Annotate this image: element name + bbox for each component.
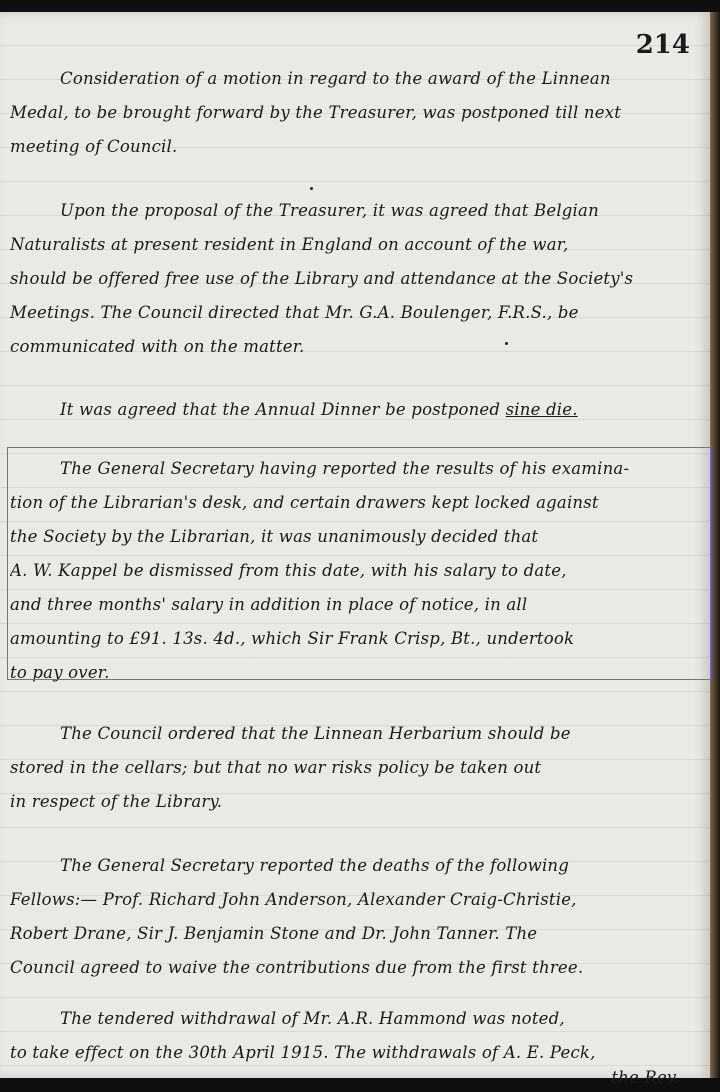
text-line: Medal, to be brought forward by the Trea… <box>10 96 700 130</box>
text-line: to pay over. <box>10 656 700 690</box>
text-line: stored in the cellars; but that no war r… <box>10 751 700 785</box>
ink-speck <box>505 342 508 345</box>
text-line: in respect of the Library. <box>10 785 700 819</box>
paragraph-deaths-of-fellows: The General Secretary reported the death… <box>10 849 700 985</box>
text-line: and three months' salary in addition in … <box>10 588 700 622</box>
paragraph-belgian-naturalists: Upon the proposal of the Treasurer, it w… <box>10 194 700 364</box>
paragraph-annual-dinner: It was agreed that the Annual Dinner be … <box>10 393 700 427</box>
paragraph-herbarium-cellars: The Council ordered that the Linnean Her… <box>10 717 700 819</box>
text-line: The tendered withdrawal of Mr. A.R. Hamm… <box>10 1002 700 1036</box>
manuscript-page: 214 Consideration of a motion in regard … <box>0 12 714 1078</box>
text-line: Meetings. The Council directed that Mr. … <box>10 296 700 330</box>
book-page-edge <box>710 12 720 1078</box>
text-line: meeting of Council. <box>10 130 700 164</box>
text-line: should be offered free use of the Librar… <box>10 262 700 296</box>
text-line: communicated with on the matter. <box>10 330 700 364</box>
ink-speck <box>310 187 313 190</box>
text-line: the Rev. <box>10 1070 700 1092</box>
text-line: Council agreed to waive the contribution… <box>10 951 700 985</box>
text-line: amounting to £91. 13s. 4d., which Sir Fr… <box>10 622 700 656</box>
paragraph-librarian-dismissal: The General Secretary having reported th… <box>10 452 700 690</box>
underlined-latin-phrase: sine die. <box>506 400 578 419</box>
text-line: It was agreed that the Annual Dinner be … <box>10 393 700 427</box>
text-line: The Council ordered that the Linnean Her… <box>10 717 700 751</box>
text-line: A. W. Kappel be dismissed from this date… <box>10 554 700 588</box>
text-line: Naturalists at present resident in Engla… <box>10 228 700 262</box>
text-line: Consideration of a motion in regard to t… <box>10 62 700 96</box>
text-fragment: It was agreed that the Annual Dinner be … <box>60 400 500 419</box>
text-line: The General Secretary reported the death… <box>10 849 700 883</box>
paragraph-linnean-medal: Consideration of a motion in regard to t… <box>10 62 700 164</box>
text-line: Upon the proposal of the Treasurer, it w… <box>10 194 700 228</box>
text-line: the Society by the Librarian, it was una… <box>10 520 700 554</box>
text-line: tion of the Librarian's desk, and certai… <box>10 486 700 520</box>
paragraph-withdrawals: The tendered withdrawal of Mr. A.R. Hamm… <box>10 1002 700 1092</box>
scanned-page-view: 214 Consideration of a motion in regard … <box>0 0 720 1092</box>
text-line: Robert Drane, Sir J. Benjamin Stone and … <box>10 917 700 951</box>
page-number: 214 <box>636 30 690 60</box>
text-line: Fellows:— Prof. Richard John Anderson, A… <box>10 883 700 917</box>
text-line: The General Secretary having reported th… <box>10 452 700 486</box>
text-line: to take effect on the 30th April 1915. T… <box>10 1036 700 1070</box>
